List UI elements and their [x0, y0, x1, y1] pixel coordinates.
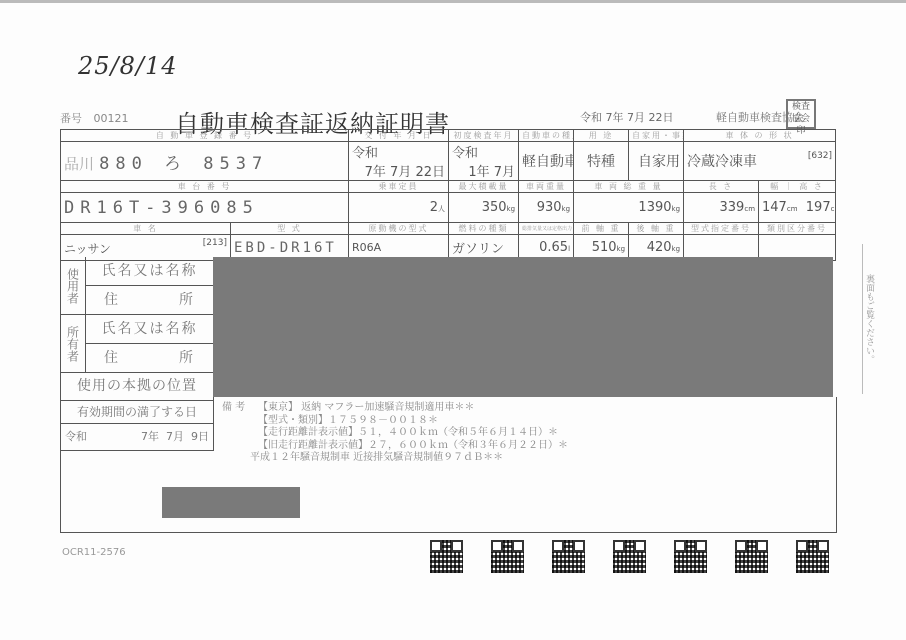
- issued-date: 7年 7月 22日: [352, 161, 445, 180]
- form-code: OCR11-2576: [62, 547, 126, 558]
- address-char-1: 住: [104, 344, 120, 372]
- capacity-value: 2: [430, 200, 438, 215]
- body-cell: 冷蔵冷凍車 [632]: [684, 142, 836, 181]
- maker-label: 車 名: [61, 223, 231, 235]
- user-label: 使用者: [61, 257, 86, 314]
- qr-code-icon: [613, 540, 646, 573]
- purpose-value: 自家用: [629, 142, 684, 181]
- serial-value: 00121: [94, 112, 129, 125]
- remarks-label: 備 考: [222, 402, 245, 415]
- engine-label: 原動機の型式: [349, 223, 449, 235]
- side-note: 裏面もご覧ください。: [862, 244, 876, 394]
- official-seal-icon: 検査協会印: [786, 99, 816, 129]
- max-load-cell: 350kg: [449, 193, 519, 223]
- first-reg-date: 1年 7月: [452, 161, 515, 180]
- weight-unit: kg: [562, 205, 571, 213]
- class-number-label: 類別区分番号: [759, 223, 836, 235]
- address-char-2: 所: [179, 344, 195, 372]
- capacity-unit: 人: [438, 205, 445, 213]
- user-name-label: 氏名又は名称: [86, 257, 213, 285]
- gross-weight-cell: 1390kg: [574, 193, 684, 223]
- qr-code-icon: [552, 540, 585, 573]
- dim-unit: cm: [831, 205, 836, 213]
- owner-name-label: 氏名又は名称: [86, 315, 213, 343]
- front-axle-value: 510: [592, 240, 617, 255]
- vehicle-weight-label: 車両重量: [519, 181, 574, 193]
- plate-label: 自 動 車 登 録 番 号: [61, 130, 349, 142]
- type-approval-label: 型式指定番号: [684, 223, 759, 235]
- first-reg-cell: 令和 1年 7月: [449, 142, 519, 181]
- axle-unit: kg: [672, 245, 681, 253]
- front-axle-label: 前 軸 重: [574, 223, 629, 235]
- width-height-cell: 147cm 197cm: [759, 193, 836, 223]
- rear-axle-value: 420: [647, 240, 672, 255]
- max-load-value: 350: [482, 200, 507, 215]
- chassis-number: DR16T-396085: [61, 193, 349, 223]
- redacted-stamp: [162, 487, 300, 518]
- width-label: 幅: [770, 182, 780, 191]
- weight-unit: kg: [672, 205, 681, 213]
- qr-code-icon: [491, 540, 524, 573]
- issue-date: 令和 7年 7月 22日: [580, 109, 673, 125]
- qr-code-row: [430, 540, 829, 573]
- capacity-label: 乗車定員: [349, 181, 449, 193]
- chassis-label: 車 台 番 号: [61, 181, 349, 193]
- use-value: 特種: [574, 142, 629, 181]
- owner-label: 所有者: [61, 315, 86, 372]
- issued-label: 交 付 年 月 日: [349, 130, 449, 142]
- gross-weight-label: 車 両 総 重 量: [574, 181, 684, 193]
- base-location-label: 使用の本拠の位置: [61, 373, 213, 400]
- vehicle-weight-cell: 930kg: [519, 193, 574, 223]
- width-value: 147: [762, 200, 787, 215]
- maker-value: ニッサン: [64, 242, 111, 256]
- body-code: [632]: [808, 151, 832, 161]
- height-label: 高 さ: [799, 182, 824, 191]
- first-reg-label: 初度検査年月: [449, 130, 519, 142]
- handwritten-date-note: 25/8/14: [78, 52, 178, 80]
- serial-label: 番号: [60, 112, 82, 125]
- issued-era: 令和: [352, 142, 445, 161]
- qr-code-icon: [674, 540, 707, 573]
- length-value: 339: [720, 200, 745, 215]
- purpose-label: 自家用・事業用の別: [629, 130, 684, 142]
- remarks-line: 【旧走行距離計表示値】２７，６００ｋｍ（令和３年６月２２日）＊: [258, 440, 568, 453]
- remarks-line: 【走行距離計表示値】５１，４００ｋｍ（令和５年６月１４日）＊: [258, 427, 568, 440]
- length-label: 長 さ: [684, 181, 759, 193]
- category-value: 軽自動車: [519, 142, 574, 181]
- body-value: 冷蔵冷凍車: [687, 154, 757, 170]
- vehicle-weight-value: 930: [537, 200, 562, 215]
- plate-number-cell: 品川 880 ろ 8537: [61, 142, 349, 181]
- scan-edge: [0, 0, 906, 3]
- length-cell: 339cm: [684, 193, 759, 223]
- displacement-label: 総排気量又は定格出力: [519, 223, 574, 235]
- user-address-label: 住所: [86, 285, 213, 314]
- remarks-line: 平成１２年騒音規制車 近接排気騒音規制値９７ｄＢ＊＊: [250, 452, 568, 465]
- owner-row: 所有者 氏名又は名称 住所: [61, 315, 214, 373]
- displacement-value: 0.65: [539, 240, 568, 255]
- owner-address-label: 住所: [86, 343, 213, 372]
- dim-unit: cm: [787, 205, 798, 213]
- displacement-unit: l: [568, 245, 570, 253]
- width-height-label: 幅 ｜ 高 さ: [759, 181, 836, 193]
- rear-axle-label: 後 軸 重: [629, 223, 684, 235]
- qr-code-icon: [430, 540, 463, 573]
- serial-number: 番号 00121: [60, 110, 129, 126]
- axle-unit: kg: [617, 245, 626, 253]
- dim-unit: cm: [744, 205, 755, 213]
- body-label: 車 体 の 形 状: [684, 130, 836, 142]
- qr-code-icon: [735, 540, 768, 573]
- use-label: 用 途: [574, 130, 629, 142]
- max-load-label: 最大積載量: [449, 181, 519, 193]
- address-char-1: 住: [104, 286, 120, 314]
- weight-unit: kg: [507, 205, 516, 213]
- plate-area: 品川: [64, 155, 94, 173]
- height-value: 197: [806, 200, 831, 215]
- maker-code: [213]: [203, 238, 227, 248]
- fuel-label: 燃料の種類: [449, 223, 519, 235]
- model-label: 型 式: [231, 223, 349, 235]
- remarks-line: 【型式・類別】１７５９８－００１８＊: [258, 415, 568, 428]
- capacity-cell: 2人: [349, 193, 449, 223]
- qr-code-icon: [796, 540, 829, 573]
- user-row: 使用者 氏名又は名称 住所: [61, 257, 214, 315]
- vehicle-info-table: 自 動 車 登 録 番 号 交 付 年 月 日 初度検査年月 自動車の種別 用 …: [60, 129, 836, 261]
- gross-weight-value: 1390: [638, 200, 671, 215]
- remarks-section: 備 考 【東京】 返納 マフラー加速騒音規制適用車＊＊ 【型式・類別】１７５９８…: [222, 402, 568, 465]
- issued-date-cell: 令和 7年 7月 22日: [349, 142, 449, 181]
- redacted-owner-info: [213, 257, 833, 397]
- plate-number: 880 ろ 8537: [99, 154, 268, 174]
- category-label: 自動車の種別: [519, 130, 574, 142]
- first-reg-era: 令和: [452, 142, 515, 161]
- remarks-line: 【東京】 返納 マフラー加速騒音規制適用車＊＊: [258, 402, 568, 415]
- address-char-2: 所: [179, 286, 195, 314]
